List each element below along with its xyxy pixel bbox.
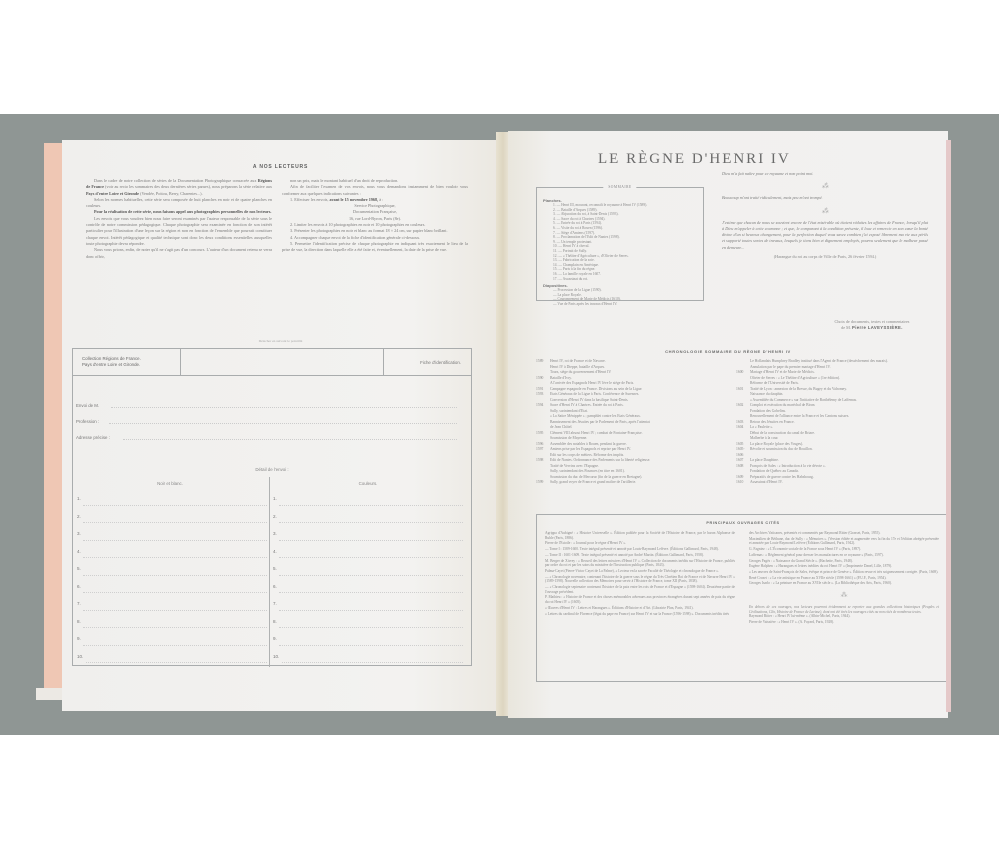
form-header: Collection Régions de France. Pays d'ent… [73, 349, 471, 376]
left-page: A NOS LECTEURS Dans le cadre de notre co… [62, 140, 499, 711]
bw-entry[interactable]: 9. [77, 636, 267, 654]
notice-paragraph: Afin de faciliter l'examen de vos envois… [282, 184, 468, 197]
works-cited-right: des Archives Vaticanes, présentés et com… [749, 531, 939, 626]
work-citation: des Archives Vaticanes, présentés et com… [749, 531, 939, 536]
field-sender-label: Envoi de M. [76, 403, 99, 408]
right-page-title: LE RÈGNE D'HENRI IV [598, 151, 791, 168]
work-citation: — Tome I : 1589-1600. Texte intégral pré… [545, 547, 735, 552]
notice-paragraph-bold: Pour la réalisation de cette série, nous… [86, 209, 272, 215]
field-address-label: Adresse précise : [76, 435, 110, 440]
color-entry[interactable]: 2. [273, 514, 463, 532]
color-photo-list: 1. 2. 3. 4. 5. 6. 7. 8. 9. 10. [273, 496, 463, 671]
work-citation: Laffemas : « Règlement général pour dres… [749, 553, 939, 558]
work-citation: G. Fagniez : « L'Économie sociale de la … [749, 547, 939, 552]
work-citation: Maximilien de Béthune, duc de Sully : « … [749, 537, 939, 546]
field-profession-input[interactable] [109, 423, 457, 424]
works-cited-left: Agrippa d'Aubigné : « Histoire Universel… [545, 531, 735, 617]
color-entry[interactable]: 3. [273, 531, 463, 549]
chronology-year: 1605-1606 [736, 447, 750, 458]
work-citation: René Crozet : « La vie artistique en Fra… [749, 576, 939, 581]
plate-item: 17. — Assassinat du roi. [543, 277, 697, 282]
work-citation: Eugène Halphen : « Harangues et lettres … [749, 564, 939, 569]
ornament-icon: ⁂ [749, 591, 939, 599]
work-citation: — Tome II : 1601-1609. Texte intégral pr… [545, 553, 735, 558]
work-citation: Pierre de l'Estoile : « Journal pour le … [545, 541, 735, 546]
chronology-year: 1599 [536, 480, 550, 486]
left-page-title: A NOS LECTEURS [62, 164, 499, 170]
works-cited-box: PRINCIPAUX OUVRAGES CITÉS Agrippa d'Aubi… [536, 514, 950, 682]
work-citation: — « Chronologie septenaire contenant l'h… [545, 585, 735, 594]
color-entry[interactable]: 6. [273, 584, 463, 602]
readers-notice-col1: Dans le cadre de notre collection de sér… [86, 178, 272, 260]
bw-entry[interactable]: 7. [77, 601, 267, 619]
bw-entry[interactable]: 10. [77, 654, 267, 672]
form-collection-label: Collection Régions de France. Pays d'ent… [73, 349, 181, 376]
bw-entry[interactable]: 8. [77, 619, 267, 637]
column-divider [269, 477, 270, 667]
chronology-left-column: 1589Henri IV, roi de France et de Navarr… [536, 359, 734, 486]
bw-entry[interactable]: 4. [77, 549, 267, 567]
quote: Dieu m'a fait naître pour ce royaume et … [722, 171, 928, 177]
chronology-entry: 1605-1606Révolte et soumission du duc de… [736, 447, 934, 458]
chronology-year: 1610 [736, 480, 750, 486]
color-entry[interactable]: 9. [273, 636, 463, 654]
instruction-5: 5. Permettre l'identification précise de… [282, 241, 468, 254]
planches-list: 1. — Henri III, mourant, reconnaît le ro… [543, 203, 697, 281]
chronology-entry: 1610Assassinat d'Henri IV. [736, 480, 934, 486]
color-entry[interactable]: 5. [273, 566, 463, 584]
quote: Beaucoup m'ont traité ridiculement, mais… [722, 195, 928, 201]
slide-item: — Vue de Paris après les travaux d'Henri… [543, 302, 697, 307]
form-fiche-label: Fiche d'identification. [383, 349, 461, 376]
bw-entry[interactable]: 5. [77, 566, 267, 584]
works-note: En dehors de ces ouvrages, nos lecteurs … [749, 605, 939, 614]
field-address-input[interactable] [123, 439, 457, 440]
work-citation: « Œuvres d'Henri IV : Lettres et Harangu… [545, 606, 735, 611]
field-sender-input[interactable] [111, 407, 457, 408]
sommaire-title: SOMMAIRE [603, 185, 636, 189]
work-citation: Pierre de Vaissière : « Henri IV ». (A. … [749, 620, 939, 625]
work-citation: Palma-Cayet (Pierre-Victor Cayet de La P… [545, 569, 735, 574]
chronology-event: Assassinat d'Henri IV. [750, 480, 783, 486]
chronology-event: Révolte et soumission du duc de Bouillon… [750, 447, 813, 458]
work-citation: — « Chronologie novenaire, contenant l'h… [545, 575, 735, 584]
detail-label: Détail de l'envoi : [73, 467, 471, 472]
color-column-header: Couleurs. [273, 481, 463, 486]
color-entry[interactable]: 8. [273, 619, 463, 637]
quote-source: (Harangue du roi au corps de Ville de Pa… [722, 254, 928, 259]
work-citation: Agrippa d'Aubigné : « Histoire Universel… [545, 531, 735, 540]
sommaire-box: SOMMAIRE Planches. 1. — Henri III, moura… [536, 187, 704, 301]
work-citation: Raymond Ritter : « Henri IV lui-même ». … [749, 614, 939, 619]
henri-quotes: Dieu m'a fait naître pour ce royaume et … [722, 171, 928, 259]
quote: J'estime que chacun de nous se souvient … [722, 220, 928, 251]
chronology-event: Sully, grand voyer de France et grand ma… [550, 480, 636, 486]
instruction-3: 3. Présenter les photographies en noir e… [282, 228, 468, 234]
notice-paragraph: Les envois que vous voudrez bien nous fa… [86, 216, 272, 247]
bw-photo-list: 1. 2. 3. 4. 5. 6. 7. 8. 9. 10. [77, 496, 267, 671]
bw-column-header: Noir et blanc. [75, 481, 265, 486]
right-page: LE RÈGNE D'HENRI IV SOMMAIRE Planches. 1… [508, 131, 948, 718]
page-edge [946, 140, 951, 712]
cut-line-note: Détacher en suivant le pointillé [62, 339, 499, 343]
bw-entry[interactable]: 6. [77, 584, 267, 602]
bw-entry[interactable]: 1. [77, 496, 267, 514]
notice-paragraph: Selon les normes habituelles, cette séri… [86, 197, 272, 210]
work-citation: P. Mathieu : « Histoire de France et des… [545, 595, 735, 604]
notice-paragraph: Nous vous prions, enfin, de noter qu'il … [86, 247, 272, 260]
work-citation: M. Berger de Xivrey : « Recueil des lett… [545, 559, 735, 568]
color-entry[interactable]: 7. [273, 601, 463, 619]
ornament-icon: ⁂ [722, 207, 928, 215]
work-citation: Georges Pagès : « Naissance du Grand Siè… [749, 559, 939, 564]
works-cited-title: PRINCIPAUX OUVRAGES CITÉS [537, 521, 949, 525]
readers-notice-col2: non un prix, mais le montant habituel d'… [282, 178, 468, 254]
bw-entry[interactable]: 2. [77, 514, 267, 532]
notice-paragraph: Dans le cadre de notre collection de sér… [86, 178, 272, 197]
bw-entry[interactable]: 3. [77, 531, 267, 549]
color-entry[interactable]: 4. [273, 549, 463, 567]
chronology-entry: 1599Sully, grand voyer de France et gran… [536, 480, 734, 486]
ornament-icon: ⁂ [722, 182, 928, 190]
chronology-title: CHRONOLOGIE SOMMAIRE DU RÈGNE D'HENRI IV [508, 349, 948, 354]
work-citation: Georges Isarlo : « La peinture en France… [749, 581, 939, 586]
identification-form: Collection Régions de France. Pays d'ent… [72, 348, 472, 666]
field-profession-label: Profession : [76, 419, 99, 424]
work-citation: « Les œuvres de Saint-François de Sales,… [749, 570, 939, 575]
chronology-right-column: Le Hollandais Humphrey Bradley institué … [736, 359, 934, 486]
work-citation: « Lettres du cardinal de Florence (légat… [545, 612, 735, 617]
author-credit: Choix de documents, textes et commentair… [808, 319, 936, 331]
color-entry[interactable]: 10. [273, 654, 463, 672]
color-entry[interactable]: 1. [273, 496, 463, 514]
diapositives-list: — Procession de la Ligue (1590). — La pl… [543, 288, 697, 306]
